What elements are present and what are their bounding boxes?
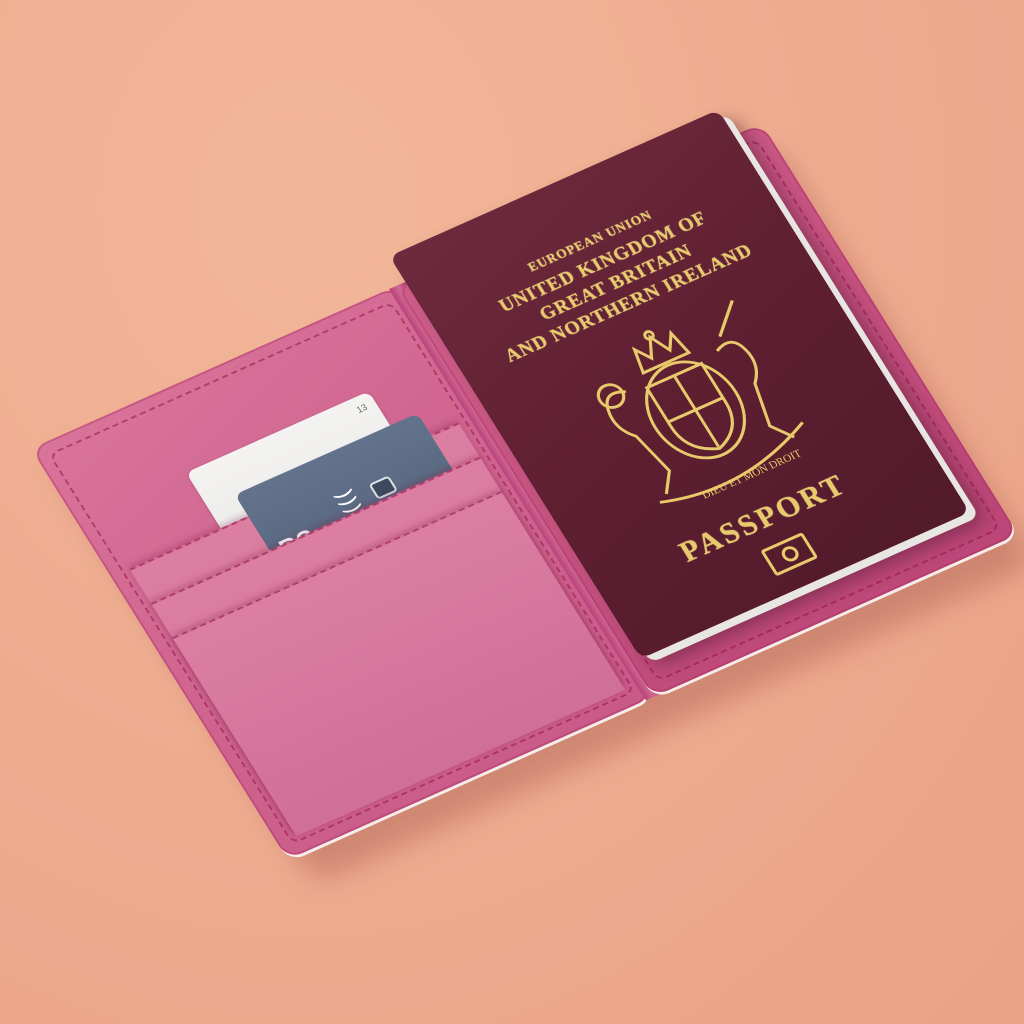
- passport-holder: 12 13 BS ))) EUROPEAN UNION UNITED KINGD…: [31, 123, 1024, 877]
- biometric-chip-icon: [760, 532, 818, 576]
- product-photo: 12 13 BS ))) EUROPEAN UNION UNITED KINGD…: [0, 0, 1024, 1024]
- id-card-number: 13: [355, 402, 370, 415]
